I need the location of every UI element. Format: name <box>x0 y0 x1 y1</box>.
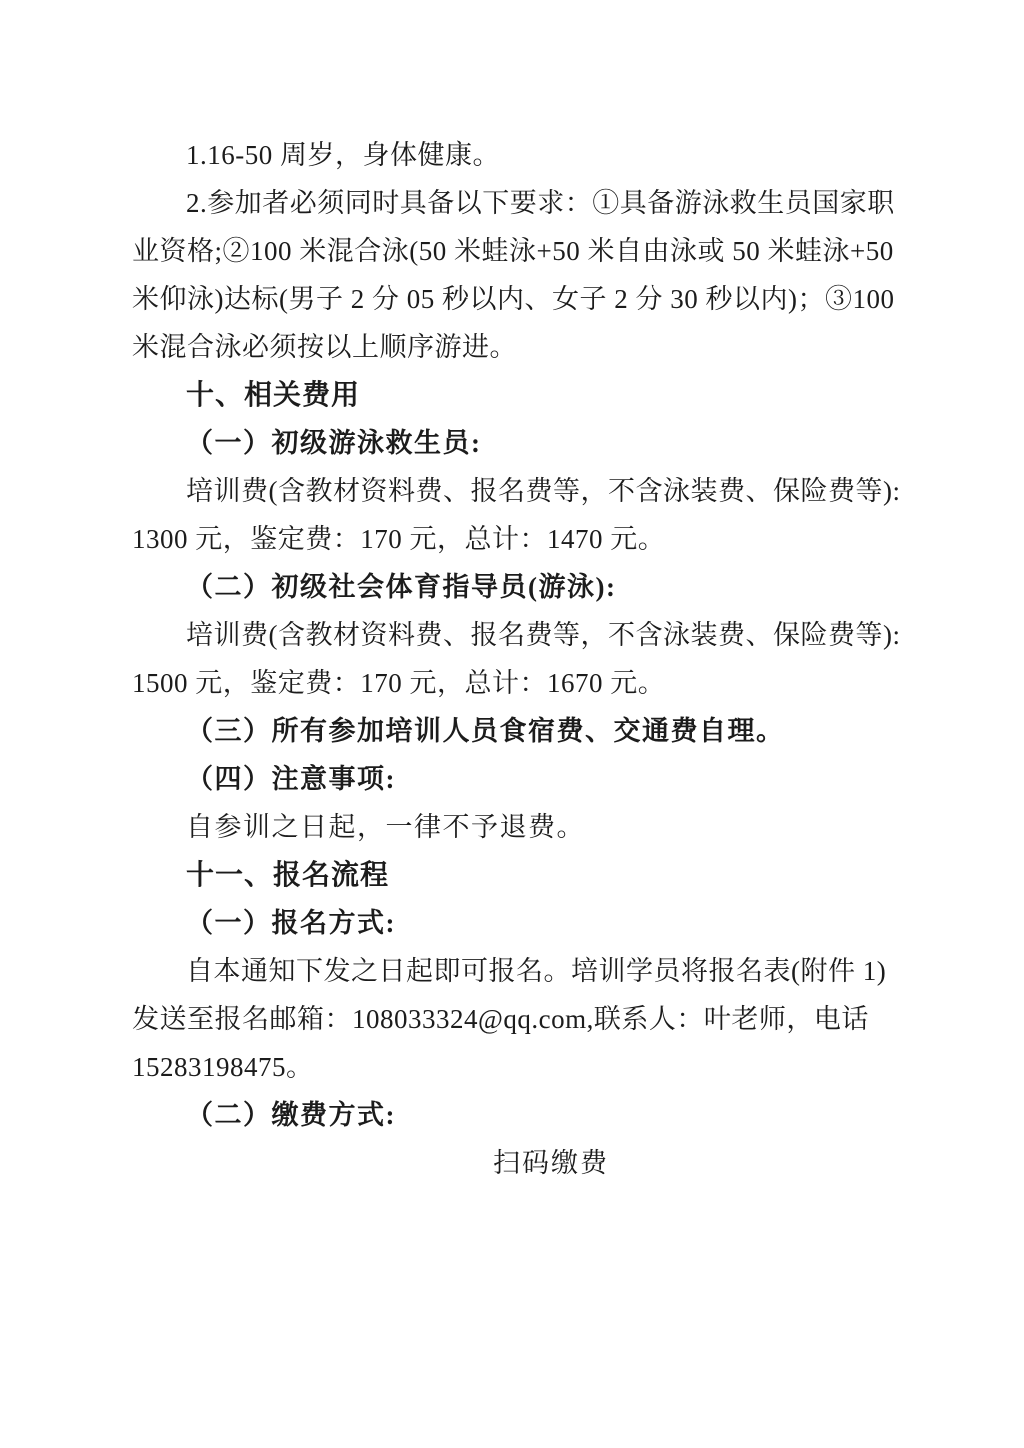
paragraph-line: 培训费(含教材资料费、报名费等，不含泳装费、保险费等): <box>132 467 894 515</box>
subsection-heading: （三）所有参加培训人员食宿费、交通费自理。 <box>132 707 894 755</box>
paragraph-line: 1300 元，鉴定费：170 元，总计：1470 元。 <box>132 515 894 563</box>
paragraph-line: 1500 元，鉴定费：170 元，总计：1670 元。 <box>132 659 894 707</box>
centered-caption: 扫码缴费 <box>132 1139 894 1187</box>
paragraph-line: 自参训之日起，一律不予退费。 <box>132 803 894 851</box>
paragraph-line: 米混合泳必须按以上顺序游进。 <box>132 323 894 371</box>
paragraph-line: 业资格;②100 米混合泳(50 米蛙泳+50 米自由泳或 50 米蛙泳+50 <box>132 227 894 275</box>
paragraph-line: 2.参加者必须同时具备以下要求：①具备游泳救生员国家职 <box>132 179 894 227</box>
subsection-heading: （二）缴费方式: <box>132 1091 894 1139</box>
document-page: 1.16-50 周岁，身体健康。2.参加者必须同时具备以下要求：①具备游泳救生员… <box>0 0 1024 1448</box>
subsection-heading: （一）初级游泳救生员: <box>132 419 894 467</box>
paragraph-line: 米仰泳)达标(男子 2 分 05 秒以内、女子 2 分 30 秒以内)；③100 <box>132 275 894 323</box>
paragraph-line: 15283198475。 <box>132 1043 894 1091</box>
paragraph-line: 发送至报名邮箱：108033324@qq.com,联系人：叶老师，电话 <box>132 995 894 1043</box>
subsection-heading: （一）报名方式: <box>132 899 894 947</box>
paragraph-line: 1.16-50 周岁，身体健康。 <box>132 131 894 179</box>
paragraph-line: 培训费(含教材资料费、报名费等，不含泳装费、保险费等): <box>132 611 894 659</box>
document-content: 1.16-50 周岁，身体健康。2.参加者必须同时具备以下要求：①具备游泳救生员… <box>132 131 894 1187</box>
paragraph-line: 自本通知下发之日起即可报名。培训学员将报名表(附件 1) <box>132 947 894 995</box>
section-heading: 十一、报名流程 <box>132 851 894 899</box>
subsection-heading: （四）注意事项: <box>132 755 894 803</box>
subsection-heading: （二）初级社会体育指导员(游泳): <box>132 563 894 611</box>
section-heading: 十、相关费用 <box>132 371 894 419</box>
